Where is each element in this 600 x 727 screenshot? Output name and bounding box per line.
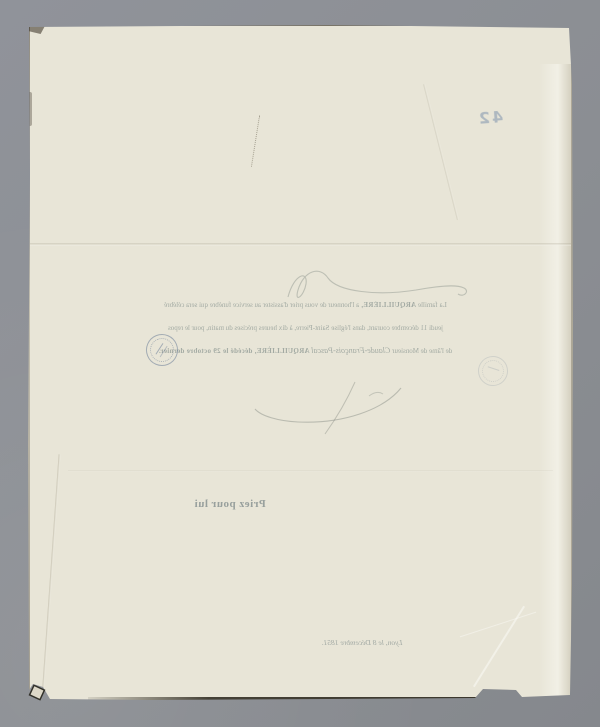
folio-number: 42: [463, 106, 516, 129]
deceased-name: Claude-François-Pascal: [311, 346, 390, 355]
showthrough-line-1: La famille ARQUILLIÈRE, a l'honneur de v…: [123, 300, 488, 310]
paper-sheet: 42 La famille ARQUILLIÈRE, a l'honneur d…: [28, 24, 573, 700]
scan-background: 42 La famille ARQUILLIÈRE, a l'honneur d…: [0, 0, 600, 727]
left-vertical-crease: [41, 454, 60, 700]
place-date-line: Lyon, le 8 Décembre 1851.: [314, 638, 410, 647]
horizontal-crease-faint: [68, 470, 553, 472]
horizontal-crease: [30, 243, 571, 246]
left-edge-blotch: [28, 92, 32, 126]
handwriting-flourish-bottom: [243, 376, 413, 446]
torn-corner-flap: [31, 686, 44, 698]
bottom-right-crease: [473, 606, 525, 688]
paper-right-edge: [571, 28, 573, 698]
dotted-scratch: [251, 115, 260, 167]
devotion-line: Priez pour lui: [186, 498, 274, 510]
top-right-crease: [423, 84, 459, 220]
bottom-right-crease-2: [460, 612, 536, 638]
paper-left-edge: [28, 26, 30, 690]
right-edge-fold: [539, 64, 573, 696]
showthrough-line-2: jeudi 11 décembre courant, dans l'église…: [123, 323, 488, 333]
paper-top-edge: [83, 24, 571, 26]
paper-bottom-edge: [88, 697, 571, 700]
top-left-corner-stain: [28, 24, 46, 34]
showthrough-text: La famille ARQUILLIÈRE, a l'honneur de v…: [123, 300, 488, 369]
family-name: ARQUILLIÈRE,: [361, 301, 416, 309]
